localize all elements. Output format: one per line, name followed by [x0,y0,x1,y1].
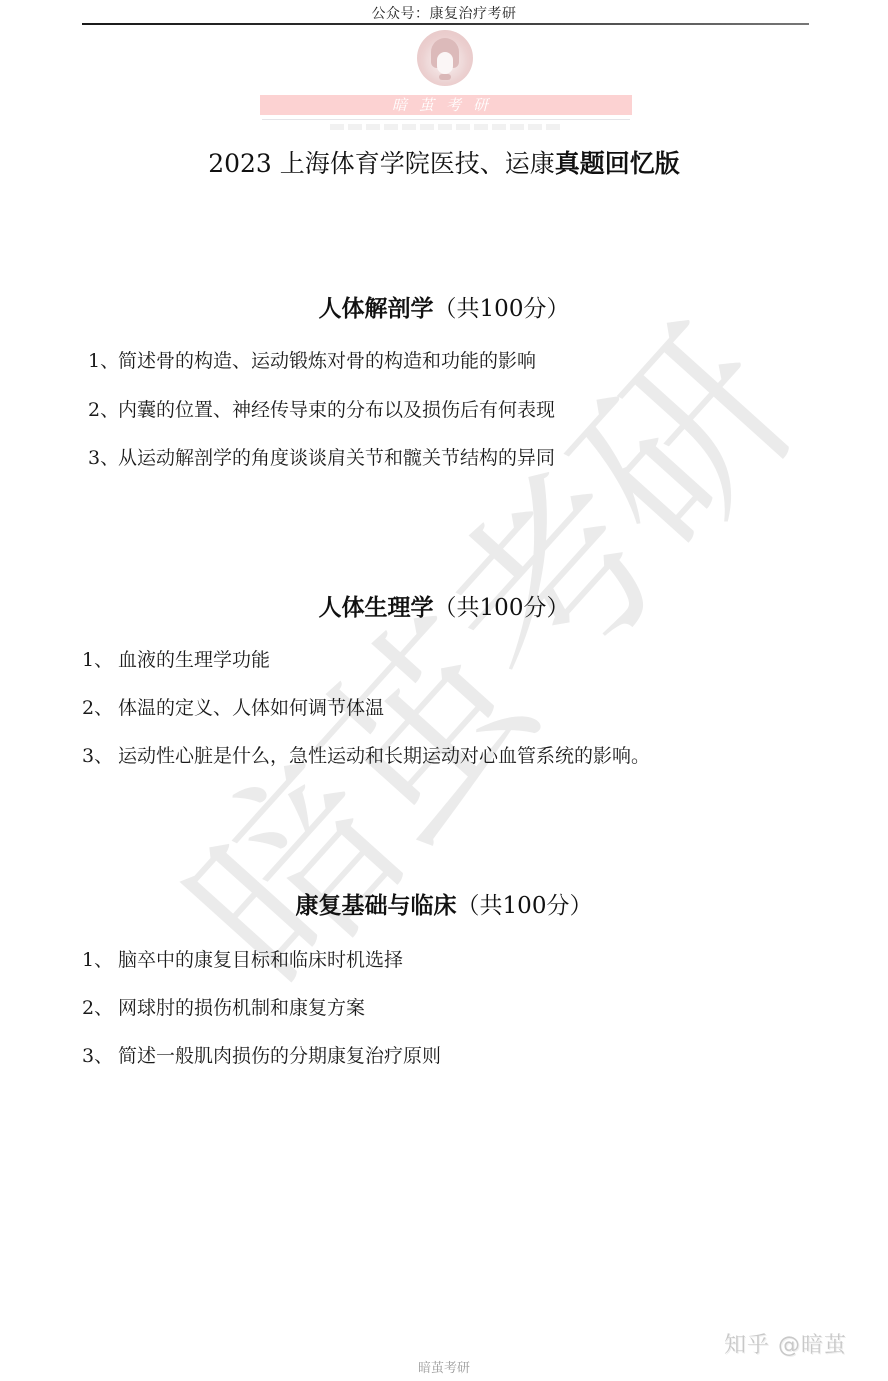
question-text: 简述骨的构造、运动锻炼对骨的构造和功能的影响 [118,346,536,373]
section-title-physiology: 人体生理学（共100分） [0,589,888,622]
section-title-rehab: 康复基础与临床（共100分） [0,887,888,920]
question-text: 内囊的位置、神经传导束的分布以及损伤后有何表现 [118,395,555,422]
question-text: 网球肘的损伤机制和康复方案 [118,993,365,1020]
question-item: 3、 简述一般肌肉损伤的分期康复治疗原则 [82,1041,113,1068]
question-number: 1、 [82,645,113,672]
question-text: 从运动解剖学的角度谈谈肩关节和髋关节结构的异同 [118,443,555,470]
logo-banner: 暗茧考研 [260,95,632,115]
question-item: 2、 网球肘的损伤机制和康复方案 [82,993,113,1020]
section-score: （共100分） [434,595,570,621]
question-text: 简述一般肌肉损伤的分期康复治疗原则 [118,1041,441,1068]
question-text: 运动性心脏是什么，急性运动和长期运动对心血管系统的影响。 [118,741,650,768]
page-header: 公众号：康复治疗考研 [0,3,888,23]
section-title-anatomy: 人体解剖学（共100分） [0,290,888,323]
avatar-face [437,52,453,74]
question-item: 1、 血液的生理学功能 [82,645,113,672]
question-item: 1、 脑卒中的康复目标和临床时机选择 [82,945,113,972]
title-bold-part: 真题回忆版 [555,149,680,178]
section-name: 康复基础与临床 [296,892,457,919]
question-item: 1、 简述骨的构造、运动锻炼对骨的构造和功能的影响 [88,346,119,373]
question-number: 3、 [88,443,119,470]
question-item: 2、 内囊的位置、神经传导束的分布以及损伤后有何表现 [88,395,119,422]
zhihu-watermark: 知乎 @暗茧 [724,1328,847,1359]
title-normal-part: 2023 上海体育学院医技、运康 [208,149,555,178]
header-divider [82,23,809,25]
question-text: 体温的定义、人体如何调节体温 [118,693,384,720]
avatar-girl-icon [417,30,473,86]
question-number: 3、 [82,741,113,768]
logo-divider [262,119,630,120]
logo-subtext-faint [330,124,560,130]
question-number: 1、 [88,346,119,373]
section-score: （共100分） [457,893,593,919]
question-number: 1、 [82,945,113,972]
question-number: 2、 [82,993,113,1020]
avatar-bow [439,74,451,80]
question-text: 血液的生理学功能 [118,645,270,672]
question-item: 3、 运动性心脏是什么，急性运动和长期运动对心血管系统的影响。 [82,741,113,768]
question-item: 2、 体温的定义、人体如何调节体温 [82,693,113,720]
question-item: 3、 从运动解剖学的角度谈谈肩关节和髋关节结构的异同 [88,443,119,470]
question-number: 2、 [88,395,119,422]
question-number: 2、 [82,693,113,720]
question-text: 脑卒中的康复目标和临床时机选择 [118,945,403,972]
document-title: 2023 上海体育学院医技、运康真题回忆版 [0,144,888,180]
document-page: 公众号：康复治疗考研 暗茧考研 2023 上海体育学院医技、运康真题回忆版 人体… [0,0,888,1381]
section-score: （共100分） [434,296,570,322]
section-name: 人体解剖学 [319,295,434,322]
page-footer: 暗茧考研 [0,1357,888,1376]
question-number: 3、 [82,1041,113,1068]
section-name: 人体生理学 [319,594,434,621]
